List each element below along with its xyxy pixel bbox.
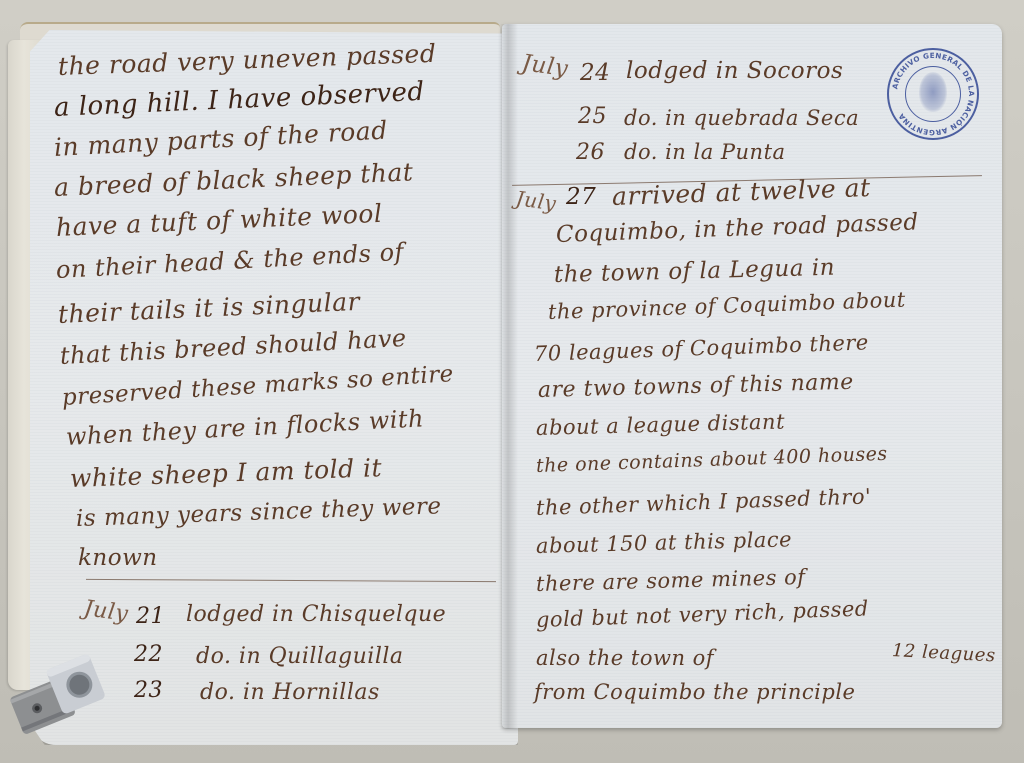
log-day: 26 bbox=[576, 140, 605, 165]
log-text: do. in la Punta bbox=[624, 140, 786, 164]
coat-of-arms-icon bbox=[919, 72, 947, 112]
log-text: lodged in Chisquelque bbox=[186, 602, 446, 627]
archive-stamp: ARCHIVO GENERAL DE LA NACIÓN ARGENTINA bbox=[887, 48, 979, 140]
log-day: 22 bbox=[134, 642, 163, 667]
log-text: lodged in Socoros bbox=[626, 58, 843, 84]
pencil-sharpener-icon bbox=[6, 640, 116, 740]
log-day: 24 bbox=[580, 60, 610, 86]
log-text: do. in Quillaguilla bbox=[196, 644, 404, 669]
book-gutter bbox=[500, 24, 518, 729]
log-text: do. in Hornillas bbox=[200, 680, 380, 705]
log-day: 23 bbox=[134, 678, 163, 703]
log-day: 25 bbox=[578, 104, 607, 129]
narrative-line: also the town of bbox=[536, 646, 714, 670]
narrative-line: from Coquimbo the principle bbox=[534, 680, 855, 704]
narrative-line: known bbox=[78, 545, 158, 571]
log-day: 21 bbox=[136, 604, 165, 629]
log-text: do. in quebrada Seca bbox=[624, 106, 859, 130]
log-day: 27 bbox=[566, 184, 596, 210]
